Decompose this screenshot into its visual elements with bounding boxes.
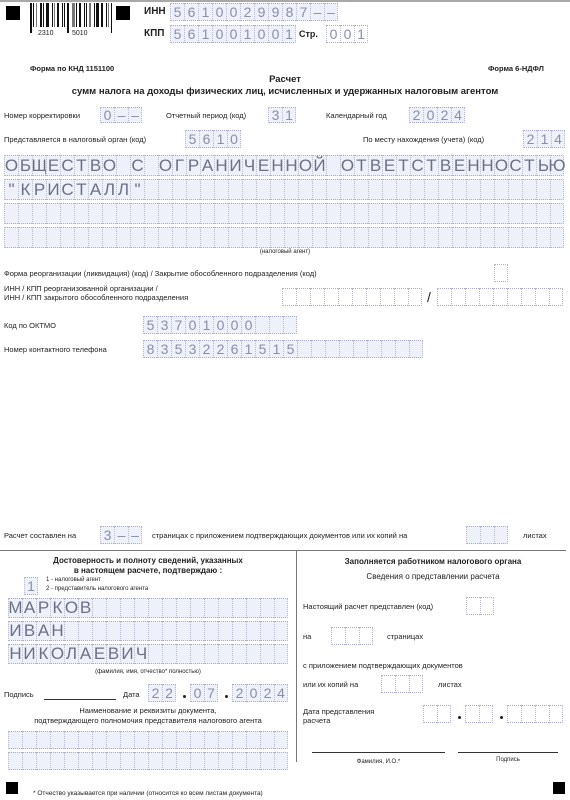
char-cell: [120, 752, 134, 770]
char-cell: [232, 598, 246, 618]
char-cell: [130, 203, 144, 224]
char-cell: Й: [312, 155, 326, 176]
char-cell: 3: [268, 107, 282, 123]
char-cell: [508, 179, 522, 200]
char-cell: [494, 227, 508, 248]
char-cell: [186, 179, 200, 200]
date-year-field[interactable]: 2024: [232, 684, 288, 702]
sheets-label: листах: [523, 531, 547, 540]
char-cell: Т: [396, 155, 410, 176]
char-cell: [242, 179, 256, 200]
char-cell: 1: [198, 3, 212, 21]
char-cell: [106, 752, 120, 770]
calendar-year-field[interactable]: 2024: [409, 107, 465, 123]
char-cell: [8, 731, 22, 749]
char-cell: [494, 179, 508, 200]
pages-count-field[interactable]: 3––: [100, 526, 142, 544]
char-cell: [410, 203, 424, 224]
char-cell: [144, 203, 158, 224]
char-cell: [466, 597, 480, 615]
char-cell: [312, 179, 326, 200]
char-cell: 1: [282, 107, 296, 123]
char-cell: 1: [198, 25, 212, 43]
form-name: Форма 6-НДФЛ: [488, 64, 544, 73]
char-cell: 1: [354, 25, 368, 43]
char-cell: [270, 179, 284, 200]
char-cell: [466, 203, 480, 224]
char-cell: [297, 340, 311, 358]
char-cell: С: [410, 155, 424, 176]
confirmation-heading-line1: Достоверность и полноту сведений, указан…: [0, 556, 296, 565]
char-cell: [536, 203, 550, 224]
char-cell: Н: [214, 155, 228, 176]
char-cell: –: [114, 526, 128, 544]
char-cell: К: [18, 179, 32, 200]
char-cell: [345, 627, 359, 645]
received-sheets-field[interactable]: [381, 675, 423, 693]
form-title: Расчет: [0, 74, 570, 85]
char-cell: И: [120, 644, 134, 664]
char-cell: [200, 179, 214, 200]
char-cell: 7: [204, 684, 218, 702]
char-cell: [246, 731, 260, 749]
char-cell: В: [22, 621, 36, 641]
submitted-code-field[interactable]: [466, 597, 494, 615]
char-cell: [437, 288, 451, 306]
char-cell: [176, 731, 190, 749]
char-cell: И: [46, 179, 60, 200]
tax-authority-label: Представляется в налоговый орган (код): [4, 135, 146, 144]
char-cell: [366, 288, 380, 306]
char-cell: [214, 227, 228, 248]
char-cell: 0: [340, 25, 354, 43]
char-cell: Н: [270, 155, 284, 176]
char-cell: [283, 316, 297, 334]
char-cell: –: [310, 3, 324, 21]
char-cell: 0: [212, 25, 226, 43]
char-cell: 3: [157, 340, 171, 358]
char-cell: [368, 203, 382, 224]
tax-authority-field[interactable]: 5610: [185, 130, 241, 148]
char-cell: О: [340, 155, 354, 176]
char-cell: [326, 179, 340, 200]
officer-name-caption: Фамилия, И.О.*: [312, 759, 445, 765]
reorg-kpp-field[interactable]: [437, 288, 563, 306]
date-separator-dot: [183, 695, 186, 698]
char-cell: [466, 179, 480, 200]
char-cell: 9: [268, 3, 282, 21]
grid-row[interactable]: МАРКОВ: [8, 598, 288, 618]
char-cell: [260, 598, 274, 618]
char-cell: [284, 179, 298, 200]
char-cell: Л: [102, 179, 116, 200]
char-cell: [340, 227, 354, 248]
char-cell: [232, 621, 246, 641]
char-cell: [480, 179, 494, 200]
char-cell: [423, 705, 437, 723]
barcode: [30, 3, 115, 27]
date-month-field[interactable]: 07: [190, 684, 218, 702]
char-cell: 0: [185, 316, 199, 334]
kpp-field[interactable]: 561001001: [170, 25, 296, 43]
char-cell: К: [50, 598, 64, 618]
char-cell: [144, 179, 158, 200]
correction-number-field[interactable]: 0––: [100, 107, 142, 123]
reorg-inn-field[interactable]: [282, 288, 422, 306]
char-cell: [352, 288, 366, 306]
char-cell: [550, 227, 564, 248]
char-cell: [452, 179, 466, 200]
char-cell: [494, 264, 508, 282]
char-cell: [228, 227, 242, 248]
char-cell: 1: [240, 25, 254, 43]
reorganization-form-label: Форма реорганизации (ликвидация) (код) /…: [4, 269, 317, 278]
char-cell: [270, 203, 284, 224]
char-cell: [522, 203, 536, 224]
signature-line[interactable]: [44, 699, 116, 700]
char-cell: 7: [296, 3, 310, 21]
char-cell: [480, 597, 494, 615]
char-cell: [368, 227, 382, 248]
char-cell: 6: [199, 130, 213, 148]
char-cell: [106, 598, 120, 618]
char-cell: [36, 752, 50, 770]
char-cell: [88, 227, 102, 248]
char-cell: [148, 731, 162, 749]
char-cell: О: [494, 155, 508, 176]
char-cell: [218, 731, 232, 749]
column-divider: [296, 550, 297, 762]
char-cell: [144, 155, 158, 176]
char-cell: [190, 644, 204, 664]
char-cell: В: [88, 155, 102, 176]
char-cell: [92, 621, 106, 641]
char-cell: [148, 752, 162, 770]
officer-signature-caption: Подпись: [458, 757, 558, 763]
char-cell: [232, 752, 246, 770]
char-cell: 0: [100, 107, 114, 123]
char-cell: [78, 731, 92, 749]
attachment-sheets-field[interactable]: [466, 526, 508, 544]
char-cell: 4: [451, 107, 465, 123]
char-cell: [298, 227, 312, 248]
char-cell: [494, 526, 508, 544]
char-cell: И: [8, 621, 22, 641]
char-cell: 2: [232, 684, 246, 702]
char-cell: 0: [212, 3, 226, 21]
char-cell: [452, 203, 466, 224]
pages-attachment-label: страницах с приложением подтверждающих д…: [152, 531, 407, 540]
char-cell: 3: [100, 526, 114, 544]
char-cell: [549, 288, 563, 306]
char-cell: 0: [226, 3, 240, 21]
authority-document-field-row2[interactable]: [8, 752, 288, 770]
char-cell: [116, 155, 130, 176]
char-cell: [438, 227, 452, 248]
char-cell: 0: [227, 130, 241, 148]
char-cell: [200, 203, 214, 224]
char-cell: Ю: [550, 155, 564, 176]
char-cell: [92, 731, 106, 749]
authority-document-field-row1[interactable]: [8, 731, 288, 749]
reporting-period-field[interactable]: 31: [268, 107, 296, 123]
char-cell: Н: [8, 644, 22, 664]
char-cell: О: [158, 155, 172, 176]
submission-date-year-field[interactable]: [507, 705, 563, 723]
char-cell: 1: [24, 577, 38, 595]
char-cell: 2: [260, 684, 274, 702]
signer-type-field[interactable]: 1: [24, 577, 38, 595]
char-cell: [260, 752, 274, 770]
char-cell: 0: [190, 684, 204, 702]
char-cell: Н: [50, 621, 64, 641]
char-cell: [312, 203, 326, 224]
char-cell: О: [4, 155, 18, 176]
char-cell: [274, 598, 288, 618]
char-cell: 5: [283, 340, 297, 358]
char-cell: [204, 752, 218, 770]
char-cell: [522, 227, 536, 248]
char-cell: [549, 705, 563, 723]
char-cell: [162, 644, 176, 664]
char-cell: [204, 731, 218, 749]
char-cell: [256, 203, 270, 224]
char-cell: [120, 731, 134, 749]
char-cell: 2: [162, 684, 176, 702]
char-cell: [232, 644, 246, 664]
char-cell: [162, 621, 176, 641]
barcode-number-left: 2310: [38, 30, 54, 37]
char-cell: [522, 179, 536, 200]
char-cell: С: [508, 155, 522, 176]
char-cell: [50, 752, 64, 770]
char-cell: 6: [184, 25, 198, 43]
page-top-border: [0, 0, 570, 2]
char-cell: [410, 227, 424, 248]
char-cell: [144, 227, 158, 248]
char-cell: 5: [143, 316, 157, 334]
char-cell: [242, 203, 256, 224]
char-cell: 0: [213, 316, 227, 334]
char-cell: [340, 203, 354, 224]
char-cell: [382, 227, 396, 248]
char-cell: [106, 621, 120, 641]
char-cell: [296, 288, 310, 306]
reorg-inn-kpp-label-line2: ИНН / КПП закрытого обособленного подраз…: [4, 293, 188, 302]
confirmation-heading-line2: в настоящем расчете, подтверждаю :: [0, 566, 296, 575]
submission-date-day-field[interactable]: [423, 705, 451, 723]
submission-date-label-line1: Дата представления: [303, 707, 374, 716]
officer-signature-line: [458, 752, 558, 753]
char-cell: ": [130, 179, 144, 200]
char-cell: В: [106, 644, 120, 664]
char-cell: [88, 203, 102, 224]
reorganization-form-field[interactable]: [494, 264, 508, 282]
char-cell: 0: [254, 25, 268, 43]
char-cell: [32, 227, 46, 248]
char-cell: Е: [46, 155, 60, 176]
char-cell: [409, 675, 423, 693]
char-cell: 2: [409, 107, 423, 123]
char-cell: 2: [523, 130, 537, 148]
char-cell: [480, 227, 494, 248]
submission-date-label-line2: расчета: [303, 716, 330, 725]
grid-row[interactable]: ОБЩЕСТВОСОГРАНИЧЕННОЙОТВЕТСТВЕННОСТЬЮ: [4, 155, 564, 176]
char-cell: [260, 644, 274, 664]
char-cell: [381, 675, 395, 693]
grid-row[interactable]: [4, 227, 564, 248]
char-cell: [284, 227, 298, 248]
date-label: Дата: [123, 690, 140, 699]
char-cell: [78, 621, 92, 641]
grid-row[interactable]: НИКОЛАЕВИЧ: [8, 644, 288, 664]
phone-field[interactable]: 83532261515: [143, 340, 423, 358]
char-cell: [60, 203, 74, 224]
char-cell: [158, 179, 172, 200]
pages-label: страницах: [387, 632, 423, 641]
attachment-label-line1: с приложением подтверждающих документов: [303, 661, 463, 670]
char-cell: [340, 179, 354, 200]
char-cell: [438, 179, 452, 200]
received-pages-field[interactable]: [331, 627, 373, 645]
char-cell: [269, 316, 283, 334]
char-cell: 6: [227, 340, 241, 358]
char-cell: 1: [282, 25, 296, 43]
char-cell: А: [78, 644, 92, 664]
char-cell: –: [128, 526, 142, 544]
char-cell: Т: [74, 179, 88, 200]
char-cell: [246, 621, 260, 641]
char-cell: 8: [282, 3, 296, 21]
char-cell: [507, 705, 521, 723]
char-cell: [326, 203, 340, 224]
char-cell: С: [60, 155, 74, 176]
char-cell: Р: [186, 155, 200, 176]
oktmo-field[interactable]: 53701000: [143, 316, 297, 334]
char-cell: [148, 598, 162, 618]
char-cell: [246, 644, 260, 664]
page-number-field[interactable]: 001: [326, 25, 368, 43]
char-cell: [50, 731, 64, 749]
char-cell: [74, 227, 88, 248]
char-cell: 0: [326, 25, 340, 43]
char-cell: [284, 203, 298, 224]
phone-label: Номер контактного телефона: [4, 345, 107, 354]
signer-option-1: 1 - налоговый агент: [46, 577, 101, 583]
grid-row[interactable]: "КРИСТАЛЛ": [4, 179, 564, 200]
char-cell: [218, 752, 232, 770]
char-cell: [331, 627, 345, 645]
char-cell: [256, 227, 270, 248]
corner-marker-bottom-left: [6, 782, 18, 794]
correction-number-label: Номер корректировки: [4, 111, 80, 120]
char-cell: [134, 752, 148, 770]
char-cell: –: [114, 107, 128, 123]
char-cell: К: [36, 644, 50, 664]
char-cell: [102, 227, 116, 248]
char-cell: Е: [452, 155, 466, 176]
char-cell: [452, 227, 466, 248]
inn-field[interactable]: 5610029987––: [170, 3, 338, 21]
char-cell: [228, 179, 242, 200]
char-cell: [396, 179, 410, 200]
char-cell: Т: [424, 155, 438, 176]
char-cell: И: [22, 644, 36, 664]
char-cell: [339, 340, 353, 358]
char-cell: 1: [241, 340, 255, 358]
document-caption-line2: подтверждающего полномочия представителя…: [0, 716, 296, 725]
char-cell: 1: [537, 130, 551, 148]
section-divider: [0, 550, 566, 551]
char-cell: 1: [213, 130, 227, 148]
char-cell: [158, 203, 172, 224]
signature-label: Подпись: [4, 690, 34, 699]
submitted-code-label: Настоящий расчет представлен (код): [303, 602, 433, 611]
char-cell: Т: [354, 155, 368, 176]
on-label: на: [303, 632, 311, 641]
char-cell: 0: [241, 316, 255, 334]
date-day-field[interactable]: 22: [148, 684, 176, 702]
form-subtitle: сумм налога на доходы физических лиц, ис…: [0, 86, 570, 97]
char-cell: [176, 644, 190, 664]
char-cell: [298, 203, 312, 224]
char-cell: –: [324, 3, 338, 21]
char-cell: 5: [171, 340, 185, 358]
char-cell: [367, 340, 381, 358]
grid-row[interactable]: [4, 203, 564, 224]
char-cell: [359, 627, 373, 645]
knd-code: Форма по КНД 1151100: [30, 64, 114, 73]
char-cell: [120, 598, 134, 618]
submission-date-month-field[interactable]: [465, 705, 493, 723]
calendar-year-label: Календарный год: [326, 111, 387, 120]
char-cell: [18, 203, 32, 224]
char-cell: 5: [255, 340, 269, 358]
char-cell: [116, 227, 130, 248]
pages-count-label: Расчет составлен на: [4, 531, 76, 540]
char-cell: [190, 621, 204, 641]
char-cell: [311, 340, 325, 358]
char-cell: [338, 288, 352, 306]
footnote: * Отчество указывается при наличии (отно…: [33, 790, 263, 797]
char-cell: Л: [64, 644, 78, 664]
char-cell: 3: [157, 316, 171, 334]
char-cell: [106, 731, 120, 749]
char-cell: 2: [213, 340, 227, 358]
char-cell: [255, 316, 269, 334]
location-code-field[interactable]: 214: [523, 130, 565, 148]
grid-row[interactable]: ИВАН: [8, 621, 288, 641]
char-cell: [32, 203, 46, 224]
char-cell: 2: [240, 3, 254, 21]
char-cell: [535, 288, 549, 306]
char-cell: Р: [36, 598, 50, 618]
char-cell: Ч: [242, 155, 256, 176]
char-cell: [176, 598, 190, 618]
char-cell: А: [88, 179, 102, 200]
char-cell: [102, 203, 116, 224]
char-cell: [18, 227, 32, 248]
char-cell: 7: [171, 316, 185, 334]
char-cell: [424, 179, 438, 200]
reorg-inn-kpp-label-line1: ИНН / КПП реорганизованной организации /: [4, 284, 158, 293]
char-cell: [22, 752, 36, 770]
char-cell: [134, 731, 148, 749]
char-cell: Г: [172, 155, 186, 176]
char-cell: [36, 731, 50, 749]
char-cell: [508, 227, 522, 248]
char-cell: [353, 340, 367, 358]
